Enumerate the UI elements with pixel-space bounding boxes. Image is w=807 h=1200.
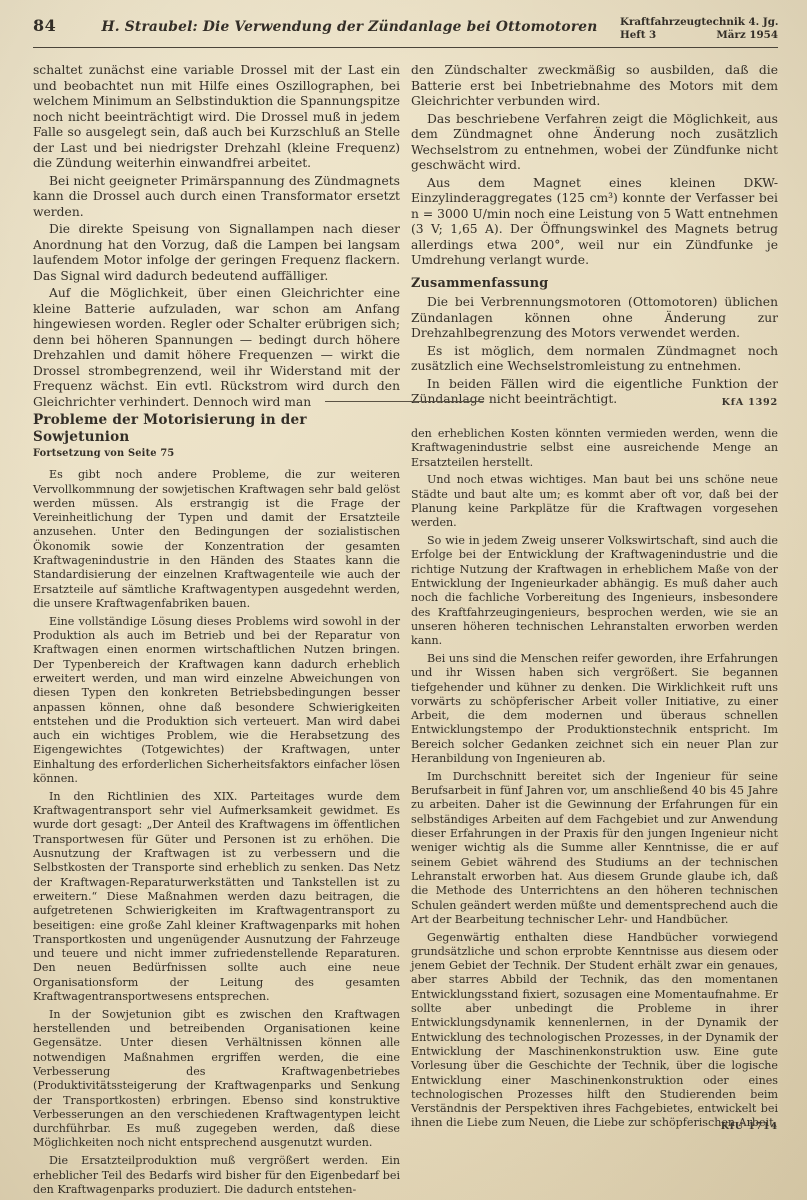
paragraph: Es gibt noch andere Probleme, die zur we… — [33, 468, 400, 611]
paragraph: schaltet zunächst eine variable Drossel … — [33, 63, 400, 172]
paragraph: Es ist möglich, dem normalen Zündmagnet … — [411, 344, 778, 375]
left-column: schaltet zunächst eine variable Drossel … — [33, 63, 400, 1200]
paragraph: In den Richtlinien des XIX. Parteitages … — [33, 790, 400, 1004]
journal-issue-line: Heft 3 März 1954 — [620, 29, 778, 42]
page-header: 84 H. Straubel: Die Verwendung der Zünda… — [33, 16, 778, 48]
summary-heading: Zusammenfassung — [411, 276, 778, 292]
article2-right-body: den erheblichen Kosten könnten vermieden… — [411, 427, 778, 1131]
journal-issue: Heft 3 — [620, 29, 656, 42]
right-column: den Zündschalter zweckmäßig so ausbilden… — [411, 63, 778, 1200]
journal-name: Kraftfahrzeugtechnik 4. Jg. — [620, 16, 778, 29]
paragraph: Eine vollständige Lösung dieses Problems… — [33, 615, 400, 787]
article2-left-section: Probleme der Motorisierung in der Sowjet… — [33, 412, 400, 1197]
journal-page: 84 H. Straubel: Die Verwendung der Zünda… — [0, 0, 807, 1200]
paragraph: In der Sowjetunion gibt es zwischen den … — [33, 1008, 400, 1151]
journal-info: Kraftfahrzeugtechnik 4. Jg. Heft 3 März … — [620, 16, 778, 42]
paragraph: Die bei Verbrennungsmotoren (Ottomotoren… — [411, 295, 778, 342]
article1-right-body: den Zündschalter zweckmäßig so ausbilden… — [411, 63, 778, 269]
paragraph: Auf die Möglichkeit, über einen Gleichri… — [33, 286, 400, 410]
text-columns: schaltet zunächst eine variable Drossel … — [33, 63, 778, 1200]
article1-left-section: schaltet zunächst eine variable Drossel … — [33, 63, 400, 410]
paragraph: Bei nicht geeigneter Primärspannung des … — [33, 174, 400, 221]
paragraph: Aus dem Magnet eines kleinen DKW-Einzyli… — [411, 176, 778, 269]
journal-date: März 1954 — [716, 29, 778, 42]
running-title: H. Straubel: Die Verwendung der Zündanla… — [79, 16, 620, 35]
article2-subtitle: Fortsetzung von Seite 75 — [33, 447, 400, 461]
paragraph: Bei uns sind die Menschen reifer geworde… — [411, 652, 778, 766]
paragraph: den Zündschalter zweckmäßig so ausbilden… — [411, 63, 778, 110]
article1-right-section: den Zündschalter zweckmäßig so ausbilden… — [411, 63, 778, 427]
summary-body: Die bei Verbrennungsmotoren (Ottomotoren… — [411, 295, 778, 408]
paragraph: Die Ersatzteilproduktion muß vergrößert … — [33, 1154, 400, 1197]
paragraph: So wie in jedem Zweig unserer Volkswirts… — [411, 534, 778, 648]
paragraph: Im Durchschnitt bereitet sich der Ingeni… — [411, 770, 778, 927]
paragraph: Gegenwärtig enthalten diese Handbücher v… — [411, 931, 778, 1131]
paragraph: den erheblichen Kosten könnten vermieden… — [411, 427, 778, 470]
paragraph: Und noch etwas wichtiges. Man baut bei u… — [411, 473, 778, 530]
article-separator-rule — [325, 401, 483, 402]
paragraph: Das beschriebene Verfahren zeigt die Mög… — [411, 112, 778, 174]
page-number: 84 — [33, 16, 79, 35]
article2-left-body: Es gibt noch andere Probleme, die zur we… — [33, 468, 400, 1197]
paragraph: Die direkte Speisung von Signallampen na… — [33, 222, 400, 284]
article2-title: Probleme der Motorisierung in der Sowjet… — [33, 412, 400, 446]
article2-right-section: den erheblichen Kosten könnten vermieden… — [411, 427, 778, 1135]
